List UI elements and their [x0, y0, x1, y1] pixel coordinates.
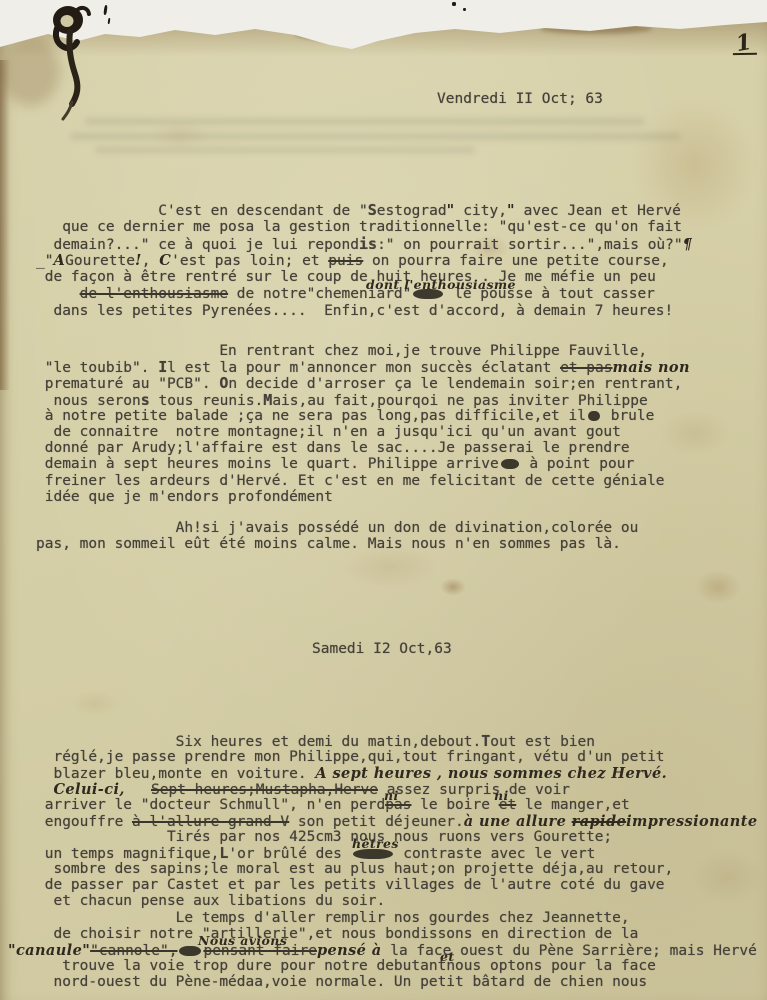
handwritten-text: C	[159, 252, 171, 269]
typed-text: le boire	[411, 797, 498, 813]
typescript-line: et chacun pense aux libations du soir.	[36, 894, 757, 910]
date-heading-saturday: Samedi I2 Oct,63	[312, 641, 452, 657]
typescript-line: donné par Arudy;l'affaire est dans le sa…	[36, 441, 690, 457]
overstruck-text: s	[141, 391, 150, 409]
handwritten-annotation: ni	[384, 788, 399, 803]
paragraph-divination: Ah!si j'avais possédé un don de divinati…	[36, 521, 638, 554]
typed-text: "le toubib".	[36, 360, 158, 376]
typed-text: de façon à être rentré sur le coup de hu…	[36, 269, 656, 285]
struck-typed-text: et pas	[560, 360, 612, 376]
typed-text: _"	[36, 253, 53, 269]
typescript-line: freiner les ardeurs d'Hervé. Et c'est en…	[36, 474, 690, 490]
typed-text: un temps magnifique,	[36, 846, 219, 862]
typed-text: En rentrant chez moi,je trouve Philippe …	[36, 343, 647, 359]
stain	[70, 690, 120, 718]
typed-text: réglé,je passe prendre mon Philippe,qui,…	[36, 749, 665, 765]
typed-text: pas, mon sommeil eût été moins calme. Ma…	[36, 536, 621, 552]
typed-text: et chacun pense aux libations du soir.	[36, 893, 385, 909]
handwritten-annotation: Nous avions	[198, 933, 287, 948]
handwritten-text: mais non	[612, 359, 689, 376]
typed-text: avec Jean et Hervé	[515, 203, 681, 219]
typescript-line: demain à sept heures moins le quart. Phi…	[36, 457, 690, 473]
typed-text: sombre des sapins;le moral est au plus h…	[36, 861, 673, 877]
handwritten-text: !	[135, 252, 142, 269]
typed-text: à notre petite balade ;ça ne sera pas lo…	[36, 408, 586, 424]
typed-text: trouve la voie trop dure pour notre debu…	[36, 958, 446, 974]
typescript-line: pas, mon sommeil eût été moins calme. Ma…	[36, 537, 638, 553]
ink-blob	[501, 459, 519, 469]
typed-text: donné par Arudy;l'affaire est dans le sa…	[36, 440, 630, 456]
typed-text	[125, 782, 151, 798]
handwritten-text: "	[447, 202, 455, 219]
handwritten-text: impressionante	[626, 813, 757, 830]
struck-typed-text: à l'allure grand V	[132, 814, 289, 830]
typescript-line: de passer par Castet et par les petits v…	[36, 878, 757, 894]
typed-text: freiner les ardeurs d'Hervé. Et c'est en…	[36, 473, 665, 489]
handwritten-text: A sept heures , nous sommes chez Hervé.	[315, 765, 667, 782]
bleedthrough-line	[70, 133, 680, 140]
typed-text: de choisir notre "artillerie",et nous bo…	[36, 926, 638, 942]
typescript-line: Six heures et demi du matin,debout.Tout …	[36, 734, 757, 750]
typed-text: son petit déjeuner.	[289, 814, 464, 830]
typescript-line: de choisir notre "artillerie",et nous bo…	[36, 927, 757, 943]
typescript-line: trouve la voie trop dure pour notre debu…	[36, 959, 757, 975]
typed-text: n decide d'arroser ça le lendemain soir;…	[228, 376, 682, 392]
typed-text: de passer par Castet et par les petits v…	[36, 877, 665, 893]
handwritten-annotation: dont l'enthousiasme	[366, 277, 516, 292]
typed-text: out est bien	[490, 734, 595, 750]
typed-text: blazer bleu,monte en voiture.	[36, 766, 315, 782]
scanned-typescript-page: 1 Vendredi II Oct; 63 C'est en descendan…	[0, 0, 767, 1000]
typed-text: 'est pas loin; et	[171, 253, 328, 269]
typescript-line: nous serons tous reunis.Mais,au fait,pou…	[36, 393, 690, 409]
typed-text: Tirés par nos 425cm3 nous nous ruons ver…	[36, 829, 612, 845]
edge-smudge	[540, 23, 652, 34]
paper-sheet: 1 Vendredi II Oct; 63 C'est en descendan…	[0, 0, 767, 1000]
typescript-line: En rentrant chez moi,je trouve Philippe …	[36, 344, 690, 360]
typed-text: idée que je m'endors profondément	[36, 489, 333, 505]
typescript-line: dans les petites Pyrenées.... Enfin,c'es…	[36, 304, 692, 321]
overstruck-text: I	[158, 358, 167, 376]
ink-speck	[452, 2, 456, 6]
typed-text: contraste avec le vert	[395, 846, 596, 862]
handwritten-annotation: hêtres	[352, 836, 399, 851]
typed-text: à point pour	[521, 456, 635, 472]
typed-text: ais,au fait,pourqoi ne pas inviter Phili…	[272, 393, 647, 409]
overstruck-text: M	[263, 391, 272, 409]
safety-pin-icon	[44, 0, 106, 122]
typed-text: arriver le "docteur Schmull", n'en perd	[36, 797, 385, 813]
typed-text	[36, 782, 53, 798]
date-heading-friday: Vendredi II Oct; 63	[437, 91, 603, 107]
overstruck-text: L	[219, 844, 228, 862]
typed-text: city,	[455, 203, 507, 219]
typed-text: :" on pourrait sortir...",mais où?"	[377, 237, 683, 253]
typed-text: nous optons pour la face	[446, 958, 656, 974]
handwritten-text: Celui-ci,	[53, 781, 124, 798]
handwritten-text: "canaule"	[8, 942, 90, 959]
typed-text: la face ouest du Pène Sarrière; mais Her…	[382, 943, 757, 959]
typed-text: 'or brûlé des	[228, 846, 350, 862]
typescript-line: prematuré au "PCB". On decide d'arroser …	[36, 376, 690, 392]
typescript-line: "canaule""cannole",pensant fairepensé à …	[8, 943, 757, 959]
paragraph-philippe-fauville: En rentrant chez moi,je trouve Philippe …	[36, 344, 690, 506]
typescript-line: Ah!si j'avais possédé un don de divinati…	[36, 521, 638, 537]
handwritten-text: pensé à	[317, 942, 382, 959]
ink-speck	[463, 8, 466, 11]
typed-text: C'est en descendant de "	[36, 203, 368, 219]
typescript-line: réglé,je passe prendre mon Philippe,qui,…	[36, 750, 757, 766]
typed-text: tous reunis.	[150, 393, 264, 409]
handwritten-text: "	[507, 202, 515, 219]
typed-text: Six heures et demi du matin,debout.	[36, 734, 481, 750]
overstruck-text: is	[359, 235, 377, 253]
typed-text: Le temps d'aller remplir nos gourdes che…	[36, 910, 630, 926]
struck-typed-text: puis	[328, 253, 363, 269]
typed-text: Ah!si j'avais possédé un don de divinati…	[36, 520, 638, 536]
struck-typed-text: Herve	[334, 782, 378, 798]
edge-smudge	[295, 28, 379, 40]
typed-text: demain à sept heures moins le quart. Phi…	[36, 456, 499, 472]
typescript-line: nord-ouest du Pène-médaa,voie normale. U…	[36, 975, 757, 991]
typescript-line: _"AGourette!, C'est pas loin; et puis on…	[36, 253, 692, 270]
typed-text: nord-ouest du Pène-médaa,voie normale. U…	[36, 974, 647, 990]
typescript-line: C'est en descendant de "Sestograd" city,…	[36, 203, 692, 220]
left-edge-shading	[0, 60, 10, 390]
paragraph-descente-gourette: C'est en descendant de "Sestograd" city,…	[36, 203, 692, 321]
struck-handwritten-text: rapide	[572, 813, 626, 830]
ink-blob	[588, 411, 600, 421]
typed-text	[36, 286, 80, 302]
typed-text: que ce dernier me posa la gestion tradit…	[36, 219, 682, 235]
typed-text: estograd	[377, 203, 447, 219]
typed-text: on pourra faire une petite course,	[363, 253, 669, 269]
typescript-line: de l'enthousiasme de notre"chemeniard" l…	[36, 287, 692, 304]
typed-text: assez surpris de voir	[378, 782, 570, 798]
typed-text: Gourette	[65, 253, 135, 269]
typescript-line: arriver le "docteur Schmull", n'en perdp…	[36, 798, 757, 814]
typed-text: engouffre	[36, 814, 132, 830]
bleedthrough-line	[85, 118, 645, 125]
overstruck-text: O	[219, 374, 228, 392]
typescript-line: un temps magnifique,L'or brûlé des contr…	[36, 846, 757, 862]
typed-text: prematuré au "PCB".	[36, 376, 219, 392]
handwritten-annotation: et	[440, 949, 455, 964]
typescript-line: idée que je m'endors profondément	[36, 490, 690, 506]
struck-typed-text: de l'enthousiasme	[80, 286, 228, 302]
typescript-line: de connaitre notre montagne;il n'en a ju…	[36, 425, 690, 441]
typescript-line: de façon à être rentré sur le coup de hu…	[36, 270, 692, 287]
torn-edge-shading	[0, 20, 767, 66]
handwritten-annotation: ni	[494, 788, 509, 803]
paragraph-samedi-depart: Six heures et demi du matin,debout.Tout …	[36, 734, 757, 991]
stain	[440, 578, 466, 596]
typescript-line: demain?..." ce à quoi je lui repondis:" …	[36, 237, 692, 254]
typescript-line: Le temps d'aller remplir nos gourdes che…	[36, 911, 757, 927]
ink-speck	[108, 18, 111, 24]
typed-text: nous seron	[36, 393, 141, 409]
overstruck-text: T	[481, 732, 490, 750]
typescript-line: engouffre à l'allure grand V son petit d…	[36, 814, 757, 830]
stain	[695, 570, 741, 604]
handwritten-text: à une allure	[464, 813, 572, 830]
typed-text: le manger,et	[516, 797, 630, 813]
typescript-line: sombre des sapins;le moral est au plus h…	[36, 862, 757, 878]
struck-typed-text: "cannole",	[90, 943, 177, 959]
bleedthrough-line	[95, 147, 475, 153]
handwritten-text: ¶	[683, 236, 693, 253]
typed-text: de connaitre notre montagne;il n'en a ju…	[36, 424, 621, 440]
handwritten-text: A	[53, 252, 65, 269]
overstruck-text: S	[368, 201, 377, 219]
typescript-line: "le toubib". Il est la pour m'annoncer m…	[36, 360, 690, 376]
typed-text: demain?..." ce à quoi je lui repond	[36, 237, 359, 253]
typed-text: brule	[602, 408, 654, 424]
struck-typed-text: Sept heures;Mustapha,	[151, 782, 334, 798]
typescript-line: blazer bleu,monte en voiture. A sept heu…	[36, 766, 757, 782]
typescript-line: à notre petite balade ;ça ne sera pas lo…	[36, 409, 690, 425]
typed-text: dans les petites Pyrenées.... Enfin,c'es…	[36, 303, 673, 319]
typed-text: ,	[142, 253, 159, 269]
